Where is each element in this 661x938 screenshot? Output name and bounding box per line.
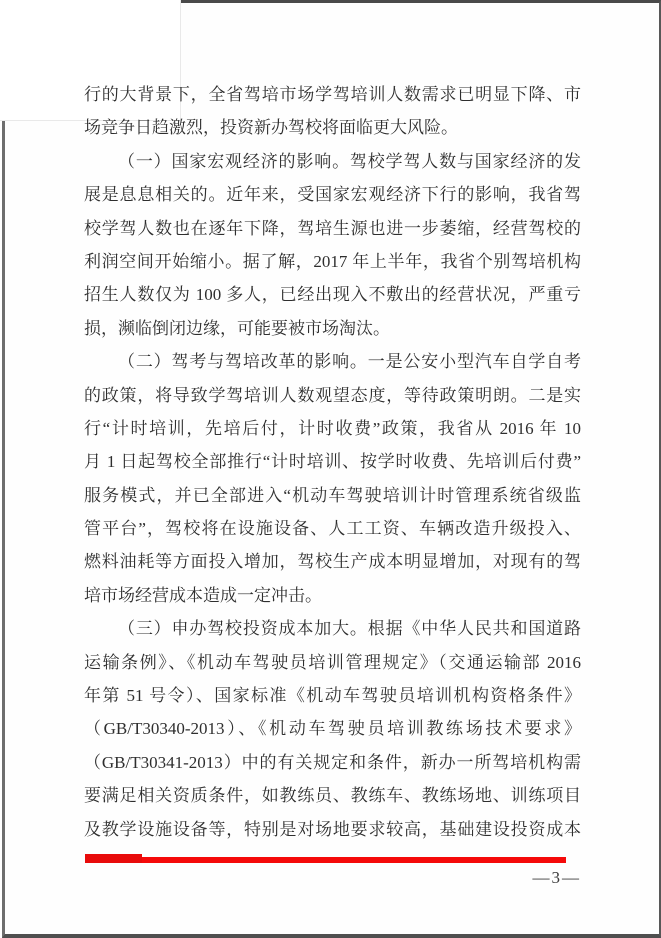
text-line: 运输条例》、《机动车驾驶员培训管理规定》（交通运输部 2016 — [84, 646, 581, 679]
page-number: —3— — [533, 868, 582, 888]
document-body: 行的大背景下，全省驾培市场学驾培训人数需求已明显下降、市 场竞争日趋激烈，投资新… — [84, 78, 581, 846]
text-line: 要满足相关资质条件，如教练员、教练车、教练场地、训练项目 — [84, 779, 581, 812]
text-line: 展是息息相关的。近年来，受国家宏观经济下行的影响，我省驾 — [84, 178, 581, 211]
footer-red-rule — [85, 857, 566, 863]
text-line: 月 1 日起驾校全部推行“计时培训、按学时收费、先培训后付费” — [84, 445, 581, 478]
text-line: 燃料油耗等方面投入增加，驾校生产成本明显增加，对现有的驾 — [84, 545, 581, 578]
scanned-document-page: { "doc": { "lines": [ "行的大背景下，全省驾培市场学驾培训… — [0, 0, 661, 938]
text-line: 利润空间开始缩小。据了解，2017 年上半年，我省个别驾培机构 — [84, 245, 581, 278]
text-line: 及教学设施设备等，特别是对场地要求较高，基础建设投资成本 — [84, 813, 581, 846]
text-line: 行“计时培训，先培后付，计时收费”政策，我省从 2016 年 10 — [84, 412, 581, 445]
text-line: （二）驾考与驾培改革的影响。一是公安小型汽车自学自考 — [84, 345, 581, 378]
text-line: （三）申办驾校投资成本加大。根据《中华人民共和国道路 — [84, 612, 581, 645]
text-line: 损，濒临倒闭边缘，可能要被市场淘汰。 — [84, 312, 581, 345]
text-line: （GB/T30340-2013）、《机动车驾驶员培训教练场技术要求》 — [84, 712, 581, 745]
text-line: （一）国家宏观经济的影响。驾校学驾人数与国家经济的发 — [84, 145, 581, 178]
text-line: 管平台”，驾校将在设施设备、人工工资、车辆改造升级投入、 — [84, 512, 581, 545]
text-line: （GB/T30341-2013）中的有关规定和条件，新办一所驾培机构需 — [84, 746, 581, 779]
text-line: 的政策，将导致学驾培训人数观望态度，等待政策明朗。二是实 — [84, 379, 581, 412]
text-line: 招生人数仅为 100 多人，已经出现入不敷出的经营状况，严重亏 — [84, 278, 581, 311]
footer-red-rule-left-segment — [85, 854, 142, 863]
text-line: 校学驾人数也在逐年下降，驾培生源也进一步萎缩，经营驾校的 — [84, 212, 581, 245]
text-line: 服务模式，并已全部进入“机动车驾驶培训计时管理系统省级监 — [84, 479, 581, 512]
text-line: 场竞争日趋激烈，投资新办驾校将面临更大风险。 — [84, 111, 581, 144]
text-line: 行的大背景下，全省驾培市场学驾培训人数需求已明显下降、市 — [84, 78, 581, 111]
text-line: 年第 51 号令）、国家标准《机动车驾驶员培训机构资格条件》 — [84, 679, 581, 712]
text-line: 培市场经营成本造成一定冲击。 — [84, 579, 581, 612]
